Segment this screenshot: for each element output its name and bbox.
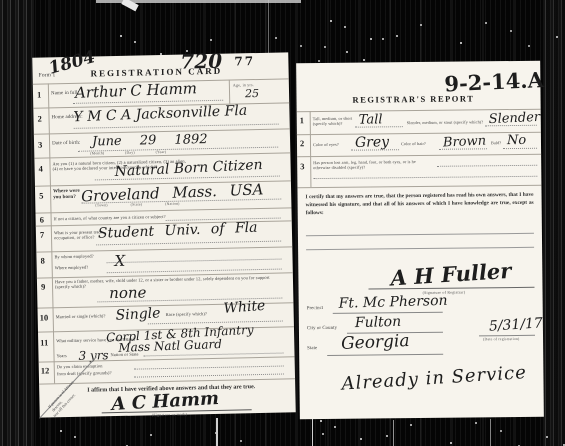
state-value: Georgia: [341, 331, 410, 354]
report-code-handwritten: 9-2-14.A: [444, 67, 545, 96]
report-row1-label2: Slender, medium, or stout (specify which…: [407, 119, 487, 125]
row3-label: Date of birth:: [52, 141, 86, 148]
row4-number: 4: [38, 164, 42, 174]
report-row2-line3: [503, 148, 537, 149]
military-years-value: 3 yrs: [78, 348, 108, 363]
row8-number: 8: [40, 256, 44, 266]
stamp-number: 77: [234, 54, 255, 68]
precinct-value: Ft. Mc Pherson: [338, 293, 447, 312]
report-row1-number: 1: [300, 115, 304, 125]
rule-r5: [36, 207, 292, 213]
report-number-column-rule: [310, 111, 312, 187]
film-left-edge: [0, 0, 34, 446]
report-row2-label: Color of eyes?: [313, 142, 351, 147]
rule-r7: [36, 246, 292, 252]
age-value: 25: [245, 87, 259, 100]
film-specks-4: [120, 35, 122, 37]
report-row1-label: Tall, medium, or short (specify which)?: [313, 116, 357, 127]
row8-label2: Where employed?: [55, 264, 115, 271]
row10-label2: Race (specify which)?: [166, 311, 221, 317]
row12-line: [134, 366, 284, 370]
row5-sublabels: (Town) (State) (Nation): [95, 202, 179, 208]
report-row2-number: 2: [300, 138, 304, 148]
film-scratch-2: [312, 416, 313, 446]
report-row2-line: [351, 149, 399, 151]
report-row1-line: [355, 126, 403, 128]
row10-number: 10: [40, 312, 49, 322]
name-value: Arthur C Hamm: [75, 79, 198, 102]
service-note: Already in Service: [341, 362, 527, 395]
report-row2-label2: Color of hair?: [401, 141, 439, 146]
row1-number: 1: [37, 90, 41, 100]
row5-number: 5: [39, 191, 43, 201]
race-value: White: [223, 298, 266, 317]
row7-line: [96, 241, 281, 246]
row9-number: 9: [41, 281, 45, 291]
height-value: Tall: [359, 112, 383, 127]
county-label: City or County: [307, 326, 337, 332]
report-row3-line2: [313, 176, 537, 179]
film-right-edge: [543, 0, 565, 446]
date-value: 5/31/17: [488, 315, 543, 334]
bald-value: No: [507, 133, 526, 148]
report-row2-label3: Bald?: [491, 140, 501, 145]
row7-number: 7: [40, 230, 44, 240]
certification-blank-line2: [306, 247, 534, 250]
film-specks-3: [330, 20, 332, 22]
date-caption: (Date of registration): [483, 337, 519, 341]
report-row3-line: [437, 165, 537, 167]
report-row3-number: 3: [300, 161, 304, 171]
row11-nation-label: Nation or State: [110, 352, 138, 358]
report-rule-2: [297, 154, 541, 158]
state-line: [327, 354, 443, 356]
film-scratch-3: [393, 420, 394, 446]
registrars-report-card: REGISTRAR'S REPORT 9-2-14.A 1 Tall, medi…: [296, 61, 544, 420]
film-scratch-5: [268, 0, 269, 55]
marital-value: Single: [115, 305, 161, 323]
row11-number: 11: [40, 337, 48, 347]
film-specks-2: [60, 430, 62, 432]
row6-number: 6: [40, 215, 44, 225]
film-scratch-1: [216, 418, 218, 446]
report-row3-label: Has person lost arm, leg, hand, foot, or…: [313, 159, 433, 170]
order-number-handwritten: 720: [180, 49, 222, 74]
row12-number: 12: [41, 365, 50, 375]
row2-number: 2: [37, 114, 41, 124]
rule-r11: [39, 356, 295, 362]
dependents-value: none: [109, 283, 147, 302]
registrar-signature: A H Fuller: [390, 258, 512, 291]
row11-years-label: Years: [56, 353, 66, 358]
birth-date-value: June 29 1892: [92, 132, 208, 149]
age-box-rule: [229, 80, 231, 104]
row12-line2: [134, 374, 284, 378]
registration-card: Form 1 REGISTRATION CARD 1804 720 77 1 N…: [32, 52, 295, 417]
signature-caption: (Signature or mark): [152, 412, 187, 418]
row2-line: [74, 124, 279, 129]
film-specks-1: [320, 420, 322, 422]
county-value: Fulton: [355, 314, 402, 331]
row8-line: [107, 259, 282, 264]
report-rule-3: [297, 185, 541, 189]
row8-label: By whom employed?: [54, 253, 114, 260]
row12-label: Do you claim exemption: [57, 363, 127, 370]
row12-label2: from draft (specify grounds)?: [57, 370, 137, 377]
state-label: State: [307, 346, 317, 352]
film-scratch-4: [490, 419, 491, 446]
row3-number: 3: [38, 140, 42, 150]
certification-text: I certify that my answers are true, that…: [306, 191, 534, 218]
precinct-label: Precinct: [307, 306, 324, 312]
certification-blank-line1: [306, 233, 534, 236]
report-rule-1: [297, 132, 541, 136]
